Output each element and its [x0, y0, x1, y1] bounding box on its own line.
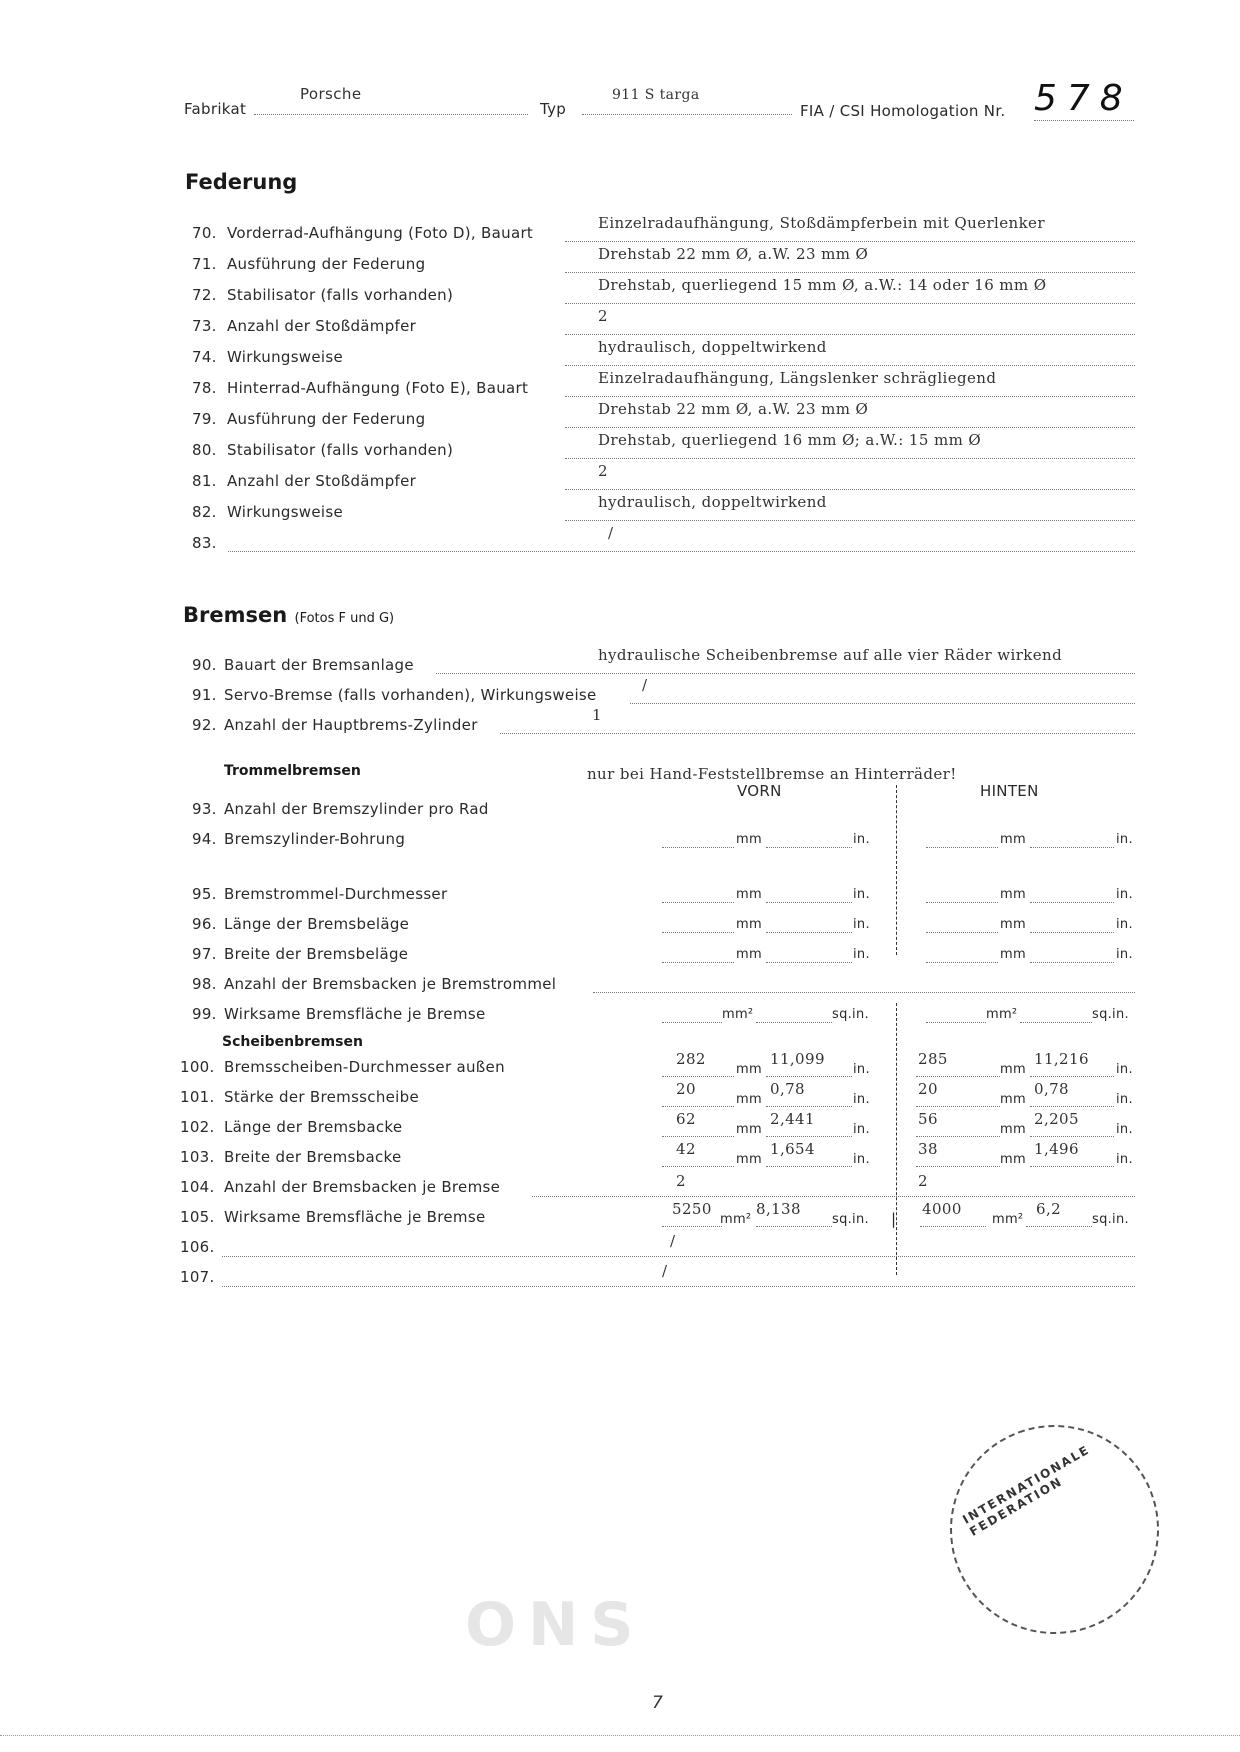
answer-line[interactable]	[222, 1286, 1135, 1287]
answer-value[interactable]: Drehstab, querliegend 16 mm Ø; a.W.: 15 …	[598, 431, 981, 449]
front-sqin-value[interactable]: 8,138	[756, 1200, 801, 1218]
answer-value[interactable]: Drehstab 22 mm Ø, a.W. 23 mm Ø	[598, 400, 868, 418]
row-number: 98.	[192, 975, 217, 993]
front-mm-line[interactable]	[662, 1166, 734, 1167]
row-number: 99.	[192, 1005, 217, 1023]
row-number: 101.	[180, 1088, 215, 1106]
row-number: 72.	[192, 286, 217, 304]
unit-mm: mm	[1000, 1062, 1026, 1077]
unit-mm: mm	[736, 1152, 762, 1167]
row-number: 74.	[192, 348, 217, 366]
row-label: Länge der Bremsbeläge	[224, 915, 409, 933]
answer-line[interactable]	[532, 1196, 1135, 1197]
unit-in: in.	[1116, 832, 1133, 847]
answer-value[interactable]: 2	[598, 462, 608, 480]
front-mm-line[interactable]	[662, 1076, 734, 1077]
rear-mm2-value[interactable]: 4000	[922, 1200, 962, 1218]
row-label: Wirksame Bremsfläche je Bremse	[224, 1208, 486, 1226]
row-label: Bremstrommel-Durchmesser	[224, 885, 447, 903]
rear-sqin-line[interactable]	[1026, 1226, 1092, 1227]
answer-value[interactable]: /	[642, 676, 647, 694]
col-rear-header: HINTEN	[980, 782, 1039, 800]
unit-in: in.	[853, 1122, 870, 1137]
answer-value[interactable]: Drehstab, querliegend 15 mm Ø, a.W.: 14 …	[598, 276, 1046, 294]
row-label: Bremszylinder-Bohrung	[224, 830, 405, 848]
row-number: 78.	[192, 379, 217, 397]
row-number: 107.	[180, 1268, 215, 1286]
front-mm-line[interactable]	[662, 1136, 734, 1137]
front-in-value[interactable]: 2,441	[770, 1110, 815, 1128]
answer-line	[565, 520, 1135, 521]
row-label: Bauart der Bremsanlage	[224, 656, 414, 674]
answer-line	[565, 489, 1135, 490]
answer-line[interactable]	[222, 1256, 1135, 1257]
rear-in-line[interactable]	[1030, 902, 1114, 903]
col-front-header: VORN	[737, 782, 782, 800]
answer-line	[565, 241, 1135, 242]
unit-mm2: mm²	[986, 1007, 1017, 1022]
front-sqin-line[interactable]	[756, 1226, 832, 1227]
row-label: Länge der Bremsbacke	[224, 1118, 402, 1136]
rear-in-value[interactable]: 1,496	[1034, 1140, 1079, 1158]
front-in-line[interactable]	[766, 1166, 852, 1167]
unit-in: in.	[1116, 947, 1133, 962]
unit-mm2: mm²	[720, 1212, 751, 1227]
unit-in: in.	[1116, 1092, 1133, 1107]
section-title-federung: Federung	[185, 170, 297, 194]
row-number: 102.	[180, 1118, 215, 1136]
typ-line	[582, 114, 792, 115]
answer-value[interactable]: Einzelradaufhängung, Längslenker schrägl…	[598, 369, 996, 387]
row-number: 80.	[192, 441, 217, 459]
row-label: Bremsscheiben-Durchmesser außen	[224, 1058, 505, 1076]
answer-line	[565, 427, 1135, 428]
unit-in: in.	[1116, 1152, 1133, 1167]
unit-mm: mm	[1000, 1122, 1026, 1137]
unit-mm2: mm²	[992, 1212, 1023, 1227]
unit-sqin: sq.in.	[1092, 1007, 1129, 1022]
row-label: Breite der Bremsbacke	[224, 1148, 402, 1166]
row-label: Anzahl der Bremsbacken je Bremstrommel	[224, 975, 556, 993]
rear-value[interactable]: 2	[918, 1172, 928, 1190]
answer-line	[436, 673, 1135, 674]
answer-value[interactable]: hydraulisch, doppeltwirkend	[598, 338, 827, 356]
bottom-border-line	[0, 1735, 1240, 1736]
row-number: 100.	[180, 1058, 215, 1076]
row-number: 97.	[192, 945, 217, 963]
answer-line	[565, 458, 1135, 459]
rear-sqin-value[interactable]: 6,2	[1036, 1200, 1061, 1218]
rear-mm-line[interactable]	[926, 962, 998, 963]
rear-in-line[interactable]	[1030, 1076, 1114, 1077]
row-label: Wirkungsweise	[227, 348, 343, 366]
unit-in: in.	[853, 947, 870, 962]
row-number: 83.	[192, 534, 217, 552]
unit-mm: mm	[736, 1062, 762, 1077]
column-divider-top	[896, 785, 897, 955]
row-number: 103.	[180, 1148, 215, 1166]
unit-in: in.	[853, 1152, 870, 1167]
front-in-line[interactable]	[766, 1076, 852, 1077]
homologation-label: FIA / CSI Homologation Nr.	[800, 102, 1005, 120]
row-number: 104.	[180, 1178, 215, 1196]
answer-value[interactable]: Einzelradaufhängung, Stoßdämpferbein mit…	[598, 214, 1045, 232]
row-number: 82.	[192, 503, 217, 521]
front-in-value[interactable]: 0,78	[770, 1080, 805, 1098]
row-number: 105.	[180, 1208, 215, 1226]
rear-in-line[interactable]	[1030, 847, 1114, 848]
answer-line	[500, 733, 1135, 734]
front-in-line[interactable]	[766, 962, 852, 963]
front-mm-line[interactable]	[662, 847, 734, 848]
homologation-number: 578	[1034, 78, 1133, 119]
rear-in-line[interactable]	[1030, 932, 1114, 933]
section-title-bremsen: Bremsen (Fotos F und G)	[183, 603, 394, 627]
front-mm-value[interactable]: 20	[676, 1080, 696, 1098]
answer-value[interactable]: 1	[592, 706, 602, 724]
unit-in: in.	[853, 917, 870, 932]
trommel-title: Trommelbremsen	[224, 763, 361, 779]
rear-mm-line[interactable]	[916, 1166, 1000, 1167]
unit-mm: mm	[736, 1122, 762, 1137]
answer-line	[228, 551, 1135, 552]
answer-line	[565, 272, 1135, 273]
answer-value[interactable]: /	[670, 1232, 675, 1250]
unit-mm: mm	[1000, 1152, 1026, 1167]
answer-value[interactable]: /	[662, 1262, 667, 1280]
rear-in-value[interactable]: 0,78	[1034, 1080, 1069, 1098]
answer-value[interactable]: /	[608, 524, 613, 542]
row-number: 94.	[192, 830, 217, 848]
unit-in: in.	[1116, 887, 1133, 902]
unit-in: in.	[853, 1092, 870, 1107]
fabrikat-label: Fabrikat	[184, 100, 246, 118]
column-divider-bottom	[896, 1003, 897, 1275]
unit-mm: mm	[736, 917, 762, 932]
front-in-line[interactable]	[766, 902, 852, 903]
row-number: 71.	[192, 255, 217, 273]
rear-in-line[interactable]	[1030, 962, 1114, 963]
answer-value[interactable]: hydraulische Scheibenbremse auf alle vie…	[598, 646, 1062, 664]
front-mm2-line[interactable]	[662, 1022, 722, 1023]
row-number: 96.	[192, 915, 217, 933]
row-number: 91.	[192, 686, 217, 704]
rear-in-line[interactable]	[1030, 1106, 1114, 1107]
rear-mm-line[interactable]	[926, 902, 998, 903]
row-label: Vorderrad-Aufhängung (Foto D), Bauart	[227, 224, 533, 242]
front-sqin-line[interactable]	[756, 1022, 832, 1023]
rear-in-value[interactable]: 2,205	[1034, 1110, 1079, 1128]
row-label: Stabilisator (falls vorhanden)	[227, 441, 453, 459]
unit-mm: mm	[1000, 947, 1026, 962]
rear-sqin-line[interactable]	[1020, 1022, 1092, 1023]
front-mm-value[interactable]: 42	[676, 1140, 696, 1158]
unit-in: in.	[853, 887, 870, 902]
rear-mm-line[interactable]	[926, 932, 998, 933]
rear-in-line[interactable]	[1030, 1136, 1114, 1137]
row-label: Breite der Bremsbeläge	[224, 945, 408, 963]
unit-in: in.	[853, 1062, 870, 1077]
front-in-line[interactable]	[766, 847, 852, 848]
unit-sqin: sq.in.	[832, 1007, 869, 1022]
answer-line	[565, 303, 1135, 304]
answer-line	[565, 334, 1135, 335]
rear-mm-line[interactable]	[926, 847, 998, 848]
official-stamp: INTERNATIONALE FEDERATION	[921, 1396, 1189, 1664]
typ-value: 911 S targa	[612, 87, 700, 103]
unit-in: in.	[853, 832, 870, 847]
front-in-value[interactable]: 1,654	[770, 1140, 815, 1158]
row-number: 106.	[180, 1238, 215, 1256]
unit-mm: mm	[1000, 1092, 1026, 1107]
rear-mm-value[interactable]: 38	[918, 1140, 938, 1158]
answer-line	[630, 703, 1135, 704]
rear-mm-line[interactable]	[916, 1106, 1000, 1107]
unit-in: in.	[1116, 917, 1133, 932]
front-in-line[interactable]	[766, 1106, 852, 1107]
front-mm-value[interactable]: 62	[676, 1110, 696, 1128]
typ-label: Typ	[540, 100, 566, 118]
row-number: 73.	[192, 317, 217, 335]
front-mm-line[interactable]	[662, 962, 734, 963]
row-label: Hinterrad-Aufhängung (Foto E), Bauart	[227, 379, 528, 397]
fabrikat-value: Porsche	[300, 85, 361, 103]
front-mm2-value[interactable]: 5250	[672, 1200, 712, 1218]
unit-mm: mm	[736, 887, 762, 902]
row-number: 93.	[192, 800, 217, 818]
row-number: 70.	[192, 224, 217, 242]
page-number: 7	[652, 1693, 663, 1713]
rear-mm-value[interactable]: 20	[918, 1080, 938, 1098]
answer-line	[565, 396, 1135, 397]
trommel-note: nur bei Hand-Feststellbremse an Hinterrä…	[587, 765, 957, 783]
unit-sqin: sq.in.	[1092, 1212, 1129, 1227]
row-label: Stabilisator (falls vorhanden)	[227, 286, 453, 304]
unit-in: in.	[1116, 1062, 1133, 1077]
answer-value[interactable]: Drehstab 22 mm Ø, a.W. 23 mm Ø	[598, 245, 868, 263]
row-number: 95.	[192, 885, 217, 903]
rear-mm-line[interactable]	[916, 1076, 1000, 1077]
unit-mm: mm	[736, 947, 762, 962]
unit-mm2: mm²	[722, 1007, 753, 1022]
row-label: Ausführung der Federung	[227, 410, 425, 428]
row-label: Anzahl der Hauptbrems-Zylinder	[224, 716, 478, 734]
stamp-text: INTERNATIONALE FEDERATION	[960, 1422, 1134, 1539]
unit-in: in.	[1116, 1122, 1133, 1137]
rear-mm2-line[interactable]	[920, 1226, 986, 1227]
row-label: Wirkungsweise	[227, 503, 343, 521]
scheiben-title: Scheibenbremsen	[222, 1034, 363, 1050]
rear-mm-value[interactable]: 285	[918, 1050, 948, 1068]
front-mm-line[interactable]	[662, 1106, 734, 1107]
rear-in-value[interactable]: 11,216	[1034, 1050, 1089, 1068]
front-in-value[interactable]: 11,099	[770, 1050, 825, 1068]
rear-mm2-line[interactable]	[926, 1022, 986, 1023]
row-label: Anzahl der Stoßdämpfer	[227, 317, 416, 335]
rear-mm-line[interactable]	[916, 1136, 1000, 1137]
bremsen-title-note: (Fotos F und G)	[295, 611, 395, 626]
divider-bar: |	[891, 1210, 896, 1228]
rear-in-line[interactable]	[1030, 1166, 1114, 1167]
unit-mm: mm	[1000, 832, 1026, 847]
front-mm-value[interactable]: 282	[676, 1050, 706, 1068]
answer-value[interactable]: hydraulisch, doppeltwirkend	[598, 493, 827, 511]
row-number: 90.	[192, 656, 217, 674]
row-number: 92.	[192, 716, 217, 734]
row-label: Anzahl der Bremsbacken je Bremse	[224, 1178, 500, 1196]
unit-mm: mm	[1000, 887, 1026, 902]
front-value[interactable]: 2	[676, 1172, 686, 1190]
front-in-line[interactable]	[766, 1136, 852, 1137]
fabrikat-line	[254, 114, 528, 115]
front-mm-line[interactable]	[662, 932, 734, 933]
rear-mm-value[interactable]: 56	[918, 1110, 938, 1128]
front-in-line[interactable]	[766, 932, 852, 933]
row-label: Anzahl der Stoßdämpfer	[227, 472, 416, 490]
unit-mm: mm	[736, 832, 762, 847]
unit-sqin: sq.in.	[832, 1212, 869, 1227]
row-label: Anzahl der Bremszylinder pro Rad	[224, 800, 489, 818]
row-label: Servo-Bremse (falls vorhanden), Wirkungs…	[224, 686, 597, 704]
answer-line	[565, 365, 1135, 366]
row-label: Stärke der Bremsscheibe	[224, 1088, 419, 1106]
unit-mm: mm	[736, 1092, 762, 1107]
ghost-watermark: ONS	[465, 1590, 645, 1660]
unit-mm: mm	[1000, 917, 1026, 932]
answer-value[interactable]: 2	[598, 307, 608, 325]
front-mm-line[interactable]	[662, 902, 734, 903]
row-number: 81.	[192, 472, 217, 490]
bremsen-title: Bremsen	[183, 603, 287, 627]
front-mm2-line[interactable]	[662, 1226, 722, 1227]
homologation-line	[1034, 120, 1134, 121]
row-number: 79.	[192, 410, 217, 428]
row-label: Wirksame Bremsfläche je Bremse	[224, 1005, 486, 1023]
row-label: Ausführung der Federung	[227, 255, 425, 273]
answer-line[interactable]	[593, 992, 1135, 993]
